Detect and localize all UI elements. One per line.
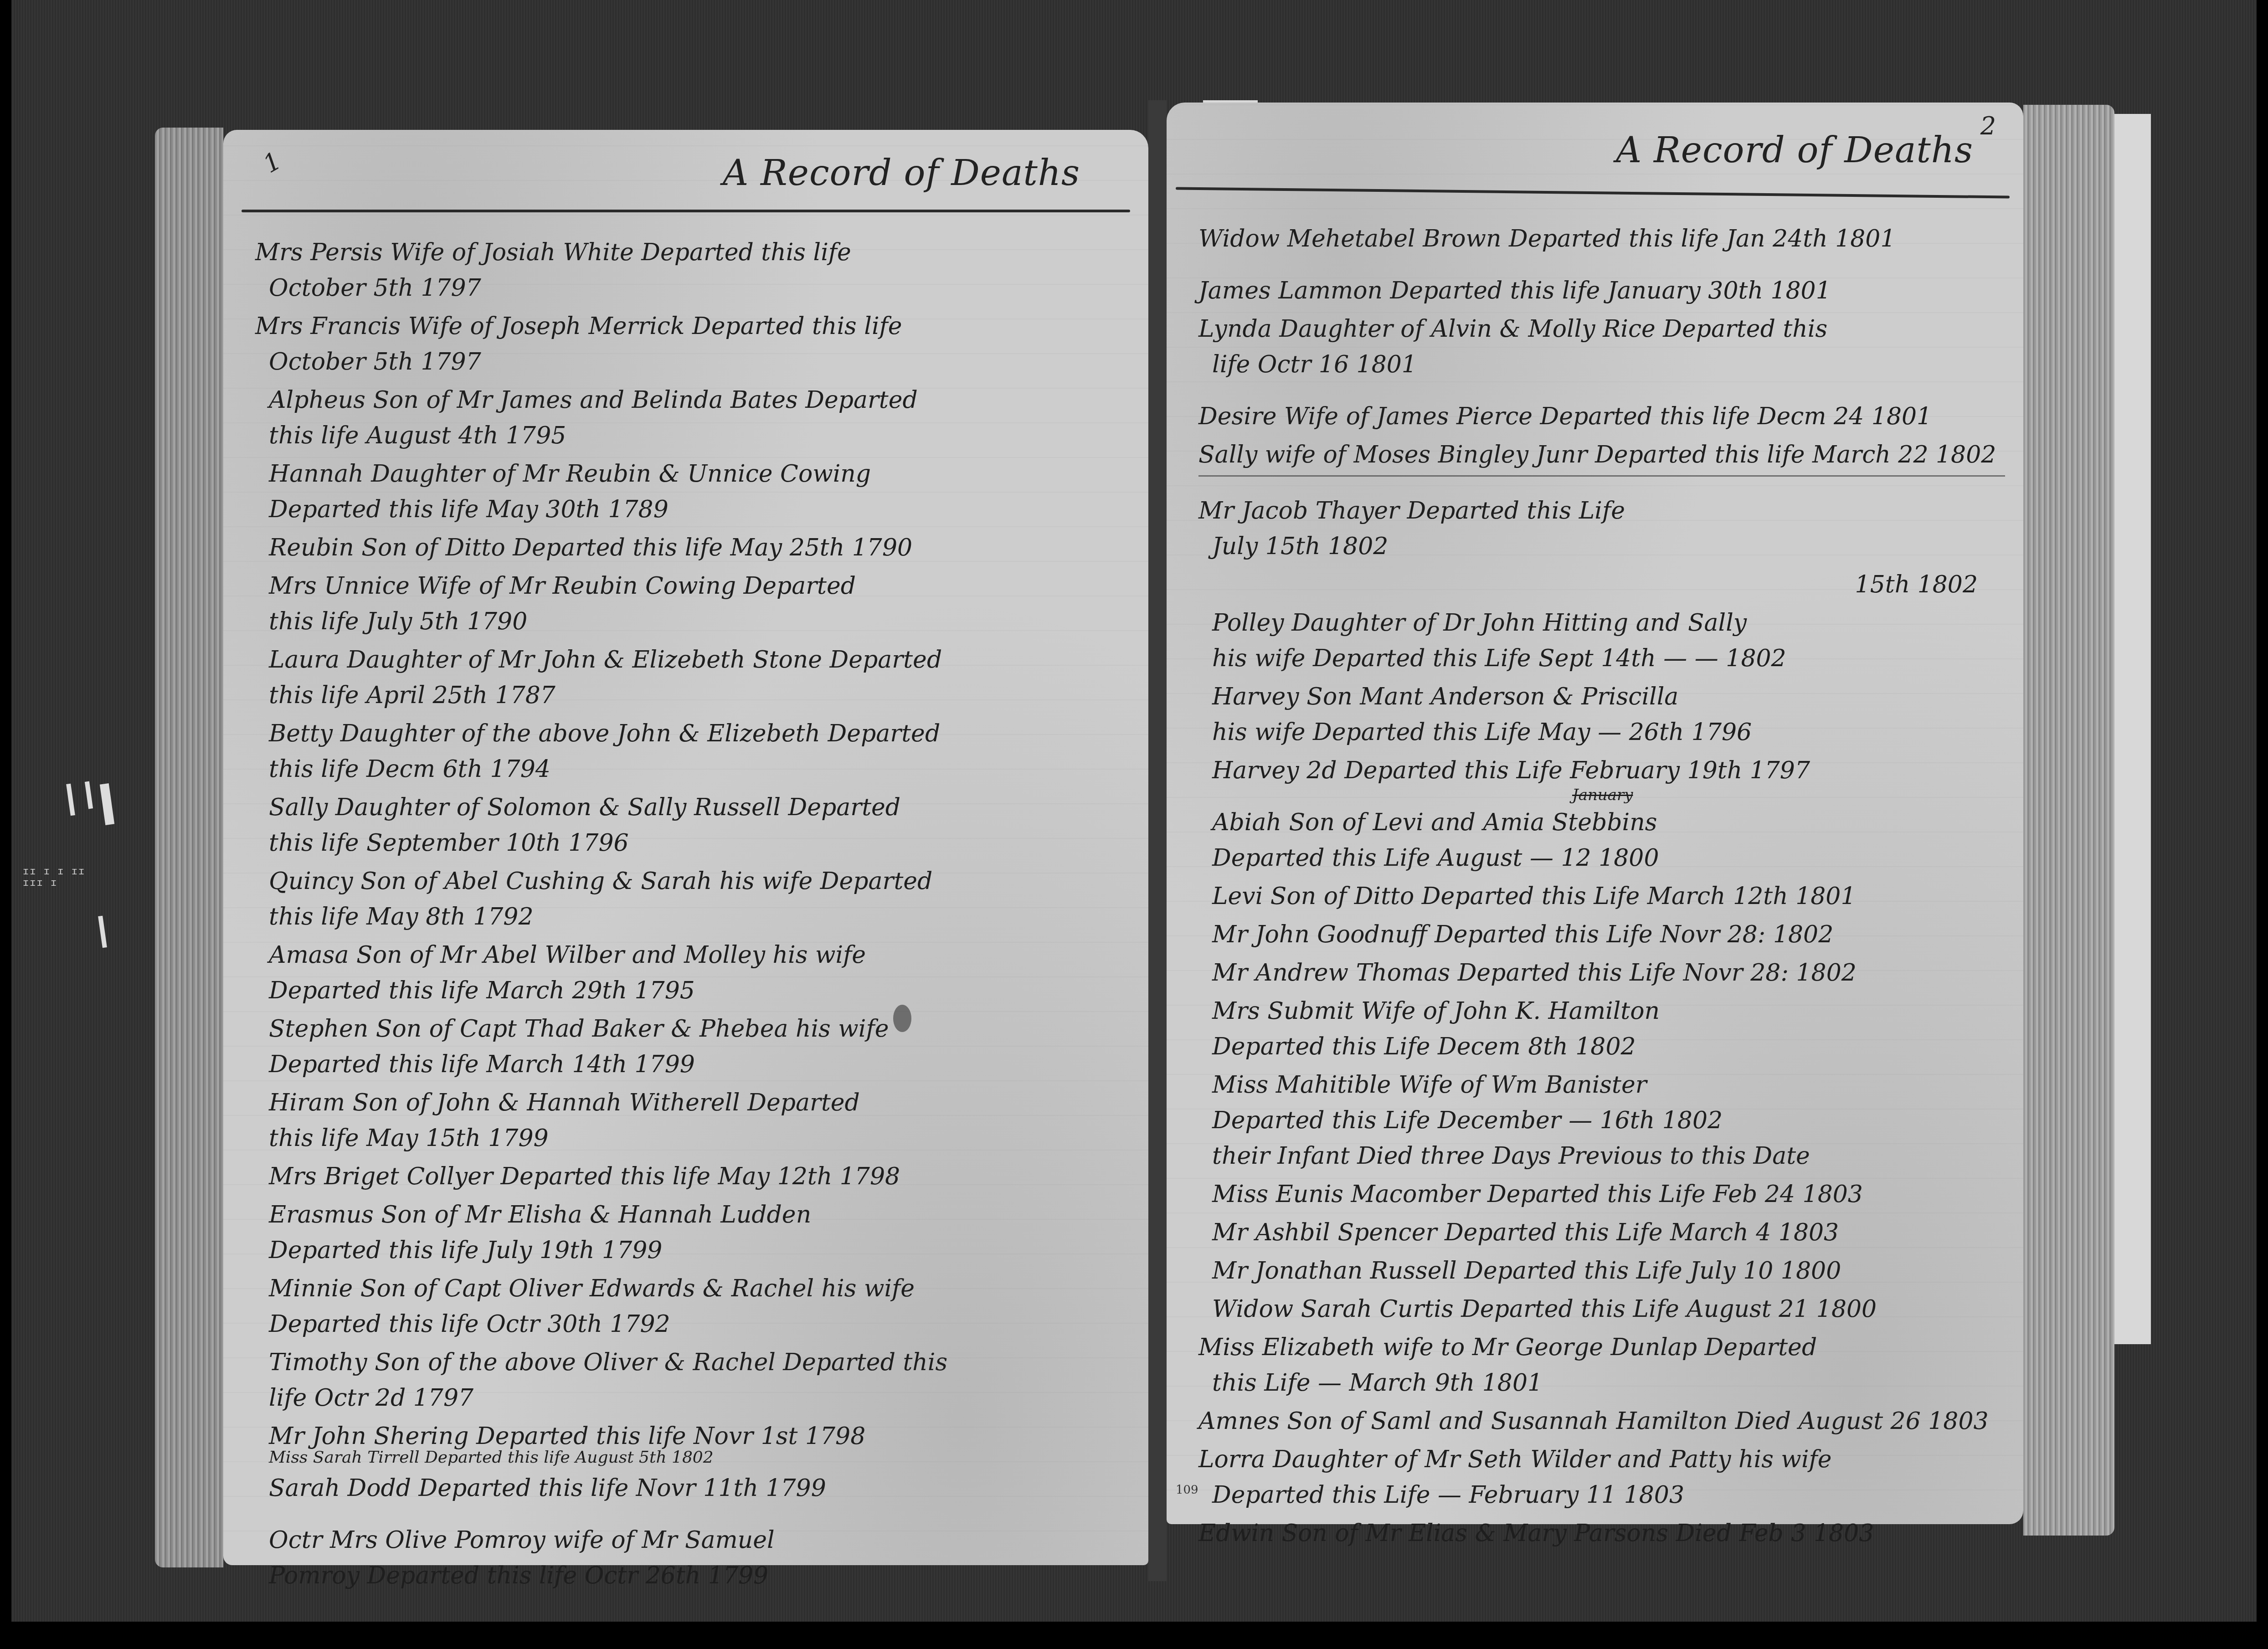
entry-date: life Octr 16 1801 — [1198, 347, 2005, 382]
entry-date: Departed this life May 30th 1789 — [255, 492, 1121, 527]
left-page: 1 A Record of Deaths Mrs Persis Wife of … — [223, 130, 1148, 1565]
entry-line: Amnes Son of Saml and Susannah Hamilton … — [1198, 1403, 2005, 1439]
death-entry: Mr Ashbil Spencer Departed this Life Mar… — [1198, 1215, 2005, 1250]
page-edges-left — [155, 128, 223, 1567]
entry-line: Edwin Son of Mr Elias & Mary Parsons Die… — [1198, 1515, 2005, 1551]
entry-date: this life August 4th 1795 — [255, 418, 1121, 453]
entry-date: Departed this Life Decem 8th 1802 — [1198, 1029, 2005, 1064]
death-entry: Sally wife of Moses Bingley Junr Departe… — [1198, 437, 2005, 473]
entry-date: July 15th 1802 — [1198, 529, 2005, 564]
header-rule — [242, 210, 1130, 212]
entry-date: this Life — March 9th 1801 — [1198, 1365, 2005, 1401]
entry-line: Quincy Son of Abel Cushing & Sarah his w… — [255, 863, 1121, 899]
death-entries-right: Widow Mehetabel Brown Departed this life… — [1198, 221, 2005, 1554]
entry-line: Miss Eunis Macomber Departed this Life F… — [1198, 1176, 2005, 1212]
death-entry: Amasa Son of Mr Abel Wilber and Molley h… — [255, 937, 1121, 1008]
entry-date: life Octr 2d 1797 — [255, 1380, 1121, 1416]
book-gutter — [1148, 100, 1167, 1581]
entry-line: Miss Elizabeth wife to Mr George Dunlap … — [1198, 1330, 2005, 1365]
death-entry: Minnie Son of Capt Oliver Edwards & Rach… — [255, 1271, 1121, 1342]
film-edge-marks: ɪɪ ɪ ɪ ɪɪ ɪɪɪ ɪ — [14, 729, 105, 957]
entry-date: Pomroy Departed this life Octr 26th 1799 — [255, 1558, 1121, 1593]
film-border-right — [2257, 0, 2268, 1649]
entry-line: Widow Sarah Curtis Departed this Life Au… — [1198, 1291, 2005, 1327]
entry-line: Mr Jacob Thayer Departed this Life — [1198, 493, 2005, 529]
entry-line: Mr John Goodnuff Departed this Life Novr… — [1198, 917, 2005, 952]
entry-line: Levi Son of Ditto Departed this Life Mar… — [1198, 878, 2005, 914]
death-entry: Mrs Submit Wife of John K. Hamilton Depa… — [1198, 993, 2005, 1064]
running-head: A Record of Deaths — [1616, 130, 1973, 171]
death-entry: Harvey 2d Departed this Life February 19… — [1198, 753, 2005, 802]
entry-line: Reubin Son of Ditto Departed this life M… — [255, 530, 1121, 565]
entry-date: this life Decm 6th 1794 — [255, 751, 1121, 787]
margin-note: 109 — [1176, 1483, 1198, 1497]
entry-line: 15th 1802 — [1198, 567, 1978, 602]
death-entry: Lorra Daughter of Mr Seth Wilder and Pat… — [1198, 1442, 2005, 1513]
death-entry: Timothy Son of the above Oliver & Rachel… — [255, 1345, 1121, 1416]
entry-line: Mrs Submit Wife of John K. Hamilton — [1198, 993, 2005, 1029]
death-entry: Reubin Son of Ditto Departed this life M… — [255, 530, 1121, 565]
entry-line: Lorra Daughter of Mr Seth Wilder and Pat… — [1198, 1442, 2005, 1477]
entry-line: Hiram Son of John & Hannah Witherell Dep… — [255, 1085, 1121, 1120]
death-entry: Miss Eunis Macomber Departed this Life F… — [1198, 1176, 2005, 1212]
entry-line: Sally wife of Moses Bingley Junr Departe… — [1198, 437, 2005, 473]
entry-date: Departed this Life — February 11 1803 — [1198, 1477, 2005, 1513]
death-entry: Widow Sarah Curtis Departed this Life Au… — [1198, 1291, 2005, 1327]
entry-date: this life April 25th 1787 — [255, 678, 1121, 713]
entry-line: Harvey Son Mant Anderson & Priscilla — [1198, 679, 2005, 714]
entry-line: Betty Daughter of the above John & Elize… — [255, 716, 1121, 751]
entry-line: Miss Mahitible Wife of Wm Banister — [1198, 1067, 2005, 1103]
death-entry: Amnes Son of Saml and Susannah Hamilton … — [1198, 1403, 2005, 1439]
death-entry: Quincy Son of Abel Cushing & Sarah his w… — [255, 863, 1121, 935]
entry-date: Departed this Life August — 12 1800 — [1198, 840, 2005, 876]
death-entry: Mrs Francis Wife of Joseph Merrick Depar… — [255, 308, 1121, 380]
entry-date: October 5th 1797 — [255, 270, 1121, 306]
death-entry: Betty Daughter of the above John & Elize… — [255, 716, 1121, 787]
entry-line: Stephen Son of Capt Thad Baker & Phebea … — [255, 1011, 1121, 1047]
death-entry: Edwin Son of Mr Elias & Mary Parsons Die… — [1198, 1515, 2005, 1551]
entry-line: Lynda Daughter of Alvin & Molly Rice Dep… — [1198, 311, 2005, 347]
entry-date: Departed this life July 19th 1799 — [255, 1233, 1121, 1268]
death-entry: Erasmus Son of Mr Elisha & Hannah Ludden… — [255, 1197, 1121, 1268]
entry-line: Polley Daughter of Dr John Hitting and S… — [1198, 605, 2005, 641]
death-entry: Mr Jonathan Russell Departed this Life J… — [1198, 1253, 2005, 1289]
entry-line: Mrs Unnice Wife of Mr Reubin Cowing Depa… — [255, 568, 1121, 604]
death-entry-overwritten: Miss Sarah Tirrell Departed this life Au… — [255, 1448, 1121, 1468]
film-mark — [85, 781, 93, 809]
death-entry: James Lammon Departed this life January … — [1198, 273, 2005, 308]
death-entry: Polley Daughter of Dr John Hitting and S… — [1198, 605, 2005, 676]
death-entry: Mr Jacob Thayer Departed this Life July … — [1198, 493, 2005, 564]
entry-line: James Lammon Departed this life January … — [1198, 273, 2005, 308]
death-entry: Mrs Persis Wife of Josiah White Departed… — [255, 235, 1121, 306]
film-mark — [66, 784, 75, 816]
entry-line: Mr Ashbil Spencer Departed this Life Mar… — [1198, 1215, 2005, 1250]
death-entry: Mr John Goodnuff Departed this Life Novr… — [1198, 917, 2005, 952]
right-page: 2 A Record of Deaths 109 Widow Mehetabel… — [1167, 103, 2023, 1524]
entry-line: Desire Wife of James Pierce Departed thi… — [1198, 399, 2005, 434]
entry-line: Amasa Son of Mr Abel Wilber and Molley h… — [255, 937, 1121, 973]
film-border-bottom — [0, 1622, 2268, 1649]
entry-separator — [1198, 475, 2005, 477]
flyleaf — [2114, 114, 2151, 1344]
death-entry: Sally Daughter of Solomon & Sally Russel… — [255, 790, 1121, 861]
death-entry: Alpheus Son of Mr James and Belinda Bate… — [255, 382, 1121, 453]
death-entry: Miss Mahitible Wife of Wm Banister Depar… — [1198, 1067, 2005, 1174]
death-entry: Mrs Unnice Wife of Mr Reubin Cowing Depa… — [255, 568, 1121, 639]
entry-line: Minnie Son of Capt Oliver Edwards & Rach… — [255, 1271, 1121, 1306]
film-edge-code: ɪɪ ɪ ɪ ɪɪ ɪɪɪ ɪ — [23, 866, 105, 889]
entry-date: Departed this life March 14th 1799 — [255, 1047, 1121, 1082]
page-number: 1 — [258, 146, 286, 179]
death-entry: Mrs Briget Collyer Departed this life Ma… — [255, 1159, 1121, 1194]
entry-line: Mr Andrew Thomas Departed this Life Novr… — [1198, 955, 2005, 991]
entry-date: this life September 10th 1796 — [255, 825, 1121, 861]
date-annotation: 15th 1802 — [1198, 567, 2005, 602]
entry-line: Mrs Persis Wife of Josiah White Departed… — [255, 235, 1121, 270]
entry-date: October 5th 1797 — [255, 344, 1121, 380]
entry-date: his wife Departed this Life May — 26th 1… — [1198, 714, 2005, 750]
entry-line: Miss Sarah Tirrell Departed this life Au… — [255, 1448, 1121, 1468]
entry-line: Mrs Briget Collyer Departed this life Ma… — [255, 1159, 1121, 1194]
film-border-left — [0, 0, 11, 1649]
entry-line: Alpheus Son of Mr James and Belinda Bate… — [255, 382, 1121, 418]
page-edges-right — [2023, 105, 2114, 1536]
entry-date: Departed this life Octr 30th 1792 — [255, 1306, 1121, 1342]
entry-date: this life May 15th 1799 — [255, 1120, 1121, 1156]
entry-line: Mrs Francis Wife of Joseph Merrick Depar… — [255, 308, 1121, 344]
entry-line: Sally Daughter of Solomon & Sally Russel… — [255, 790, 1121, 825]
header-rule — [1176, 187, 2010, 198]
struck-word: January — [1198, 788, 2005, 802]
entry-line: Octr Mrs Olive Pomroy wife of Mr Samuel — [255, 1522, 1121, 1558]
death-entry: Levi Son of Ditto Departed this Life Mar… — [1198, 878, 2005, 914]
entry-date: this life July 5th 1790 — [255, 604, 1121, 639]
page-number: 2 — [1980, 112, 1996, 140]
entry-line: Laura Daughter of Mr John & Elizebeth St… — [255, 642, 1121, 678]
entry-line: Harvey 2d Departed this Life February 19… — [1198, 753, 2005, 788]
death-entry: Widow Mehetabel Brown Departed this life… — [1198, 221, 2005, 257]
death-entry: Mr Andrew Thomas Departed this Life Novr… — [1198, 955, 2005, 991]
entry-line: Timothy Son of the above Oliver & Rachel… — [255, 1345, 1121, 1380]
death-entry: Sarah Dodd Departed this life Novr 11th … — [255, 1470, 1121, 1506]
entry-line: Mr Jonathan Russell Departed this Life J… — [1198, 1253, 2005, 1289]
entry-date: this life May 8th 1792 — [255, 899, 1121, 935]
entry-line: Abiah Son of Levi and Amia Stebbins — [1198, 805, 2005, 840]
death-entry: Miss Elizabeth wife to Mr George Dunlap … — [1198, 1330, 2005, 1401]
entry-date: his wife Departed this Life Sept 14th — … — [1198, 641, 2005, 676]
death-entry: Harvey Son Mant Anderson & Priscilla his… — [1198, 679, 2005, 750]
death-entry: Stephen Son of Capt Thad Baker & Phebea … — [255, 1011, 1121, 1082]
entry-date: Departed this Life December — 16th 1802 — [1198, 1103, 2005, 1138]
death-entry: Lynda Daughter of Alvin & Molly Rice Dep… — [1198, 311, 2005, 382]
death-entries-left: Mrs Persis Wife of Josiah White Departed… — [255, 235, 1121, 1596]
death-entry: Hannah Daughter of Mr Reubin & Unnice Co… — [255, 456, 1121, 527]
death-entry: Abiah Son of Levi and Amia Stebbins Depa… — [1198, 805, 2005, 876]
death-entry: Laura Daughter of Mr John & Elizebeth St… — [255, 642, 1121, 713]
entry-line: Erasmus Son of Mr Elisha & Hannah Ludden — [255, 1197, 1121, 1233]
entry-date: Departed this life March 29th 1795 — [255, 973, 1121, 1008]
entry-line: Sarah Dodd Departed this life Novr 11th … — [255, 1470, 1121, 1506]
entry-line: Hannah Daughter of Mr Reubin & Unnice Co… — [255, 456, 1121, 492]
running-head: A Record of Deaths — [723, 153, 1080, 194]
death-entry: Hiram Son of John & Hannah Witherell Dep… — [255, 1085, 1121, 1156]
entry-note: their Infant Died three Days Previous to… — [1198, 1138, 2005, 1174]
entry-line: Widow Mehetabel Brown Departed this life… — [1198, 221, 2005, 257]
death-entry: Desire Wife of James Pierce Departed thi… — [1198, 399, 2005, 434]
death-entry: Octr Mrs Olive Pomroy wife of Mr Samuel … — [255, 1522, 1121, 1593]
